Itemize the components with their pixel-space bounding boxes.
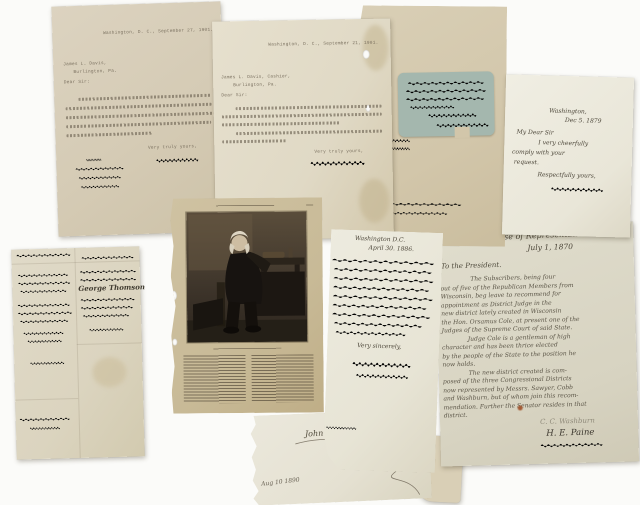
script-line: [16, 252, 70, 258]
script-line: [23, 330, 63, 336]
script-line: [89, 327, 123, 333]
folded-document: George Thomson: [11, 246, 144, 459]
portrait-photo: [186, 211, 307, 342]
script-line: [336, 329, 406, 337]
script-line: [334, 266, 432, 275]
pencil-note-line: [383, 202, 461, 208]
script-line: [334, 320, 422, 329]
signature-scribble: [352, 360, 410, 370]
body-line: request.: [514, 159, 539, 167]
magazine-page: [170, 197, 324, 413]
body-line: comply with your: [512, 149, 565, 157]
body-line: I very cheerfully: [538, 139, 588, 147]
handwritten-note: Washington D.C. April 30. 1886. Very sin…: [323, 229, 443, 473]
script-line: [83, 313, 129, 319]
text-column-left: [183, 355, 245, 404]
recipient-line: Burlington, Pa.: [73, 69, 117, 75]
card-script-line: [406, 87, 486, 94]
docket-line: [30, 425, 60, 431]
photo-caption: [213, 348, 281, 351]
script-line: [332, 311, 430, 320]
date-line: Dec 5. 1879: [565, 117, 602, 125]
salutation: Dear Sir:: [64, 80, 90, 86]
script-line: [333, 284, 429, 293]
script-line: [332, 302, 426, 311]
date-line: April 30. 1886.: [368, 244, 414, 253]
pencil-note-line: [391, 211, 447, 216]
docket-line: [30, 360, 64, 366]
recipient-line: James L. Davis,: [63, 61, 107, 67]
signature-paine: H. E. Paine: [546, 428, 594, 439]
card-signature-scribble: [428, 112, 476, 120]
script-line: [333, 293, 433, 302]
docket-line: [20, 416, 70, 422]
closing: Respectfully yours,: [537, 171, 595, 180]
recipient-line: Burlington, Pa.: [233, 82, 277, 88]
blue-card: [398, 71, 495, 137]
pencil-note-line: [79, 175, 121, 181]
body-line: now holds.: [442, 361, 475, 369]
card-notch: [455, 127, 470, 138]
salutation: Dear Sir:: [221, 93, 247, 98]
closing: Very truly yours,: [148, 144, 197, 151]
signature-scribble: [356, 372, 408, 381]
text-column-right: [251, 354, 313, 403]
body-line: district.: [444, 412, 468, 420]
pencil-note-line: [81, 184, 119, 190]
script-line: [20, 288, 66, 294]
script-line: [18, 272, 68, 278]
place-line: Washington,: [549, 107, 587, 115]
closing: Very truly yours,: [314, 149, 363, 155]
signature-scribble: [156, 156, 198, 164]
pencil-note-line: [75, 166, 123, 173]
photo-of-document-lot: House of Representatives July 1, 1870 To…: [0, 0, 640, 505]
signature-scribble: [311, 159, 365, 168]
small-letter-right: Washington, Dec 5. 1879 My Dear Sir I ve…: [502, 74, 634, 237]
script-line: [81, 297, 135, 303]
letter-salutation: To the President.: [441, 261, 502, 271]
script-line: [18, 310, 72, 316]
card-script-line: [410, 104, 454, 111]
card-script-line: [408, 79, 484, 86]
script-line: [333, 275, 433, 284]
signature-thomson: George Thomson: [78, 282, 145, 293]
signature-washburn: C. C. Washburn: [540, 417, 595, 426]
script-line: [28, 338, 62, 344]
page-number: [306, 204, 313, 206]
letter-date: July 1, 1870: [527, 242, 573, 252]
salutation: My Dear Sir: [517, 129, 554, 137]
pencil-note-line: [86, 157, 101, 162]
closing: Very sincerely,: [357, 342, 401, 351]
place-line: Washington D.C.: [355, 235, 406, 244]
signature-scribble: [541, 441, 603, 449]
card-script-line: [406, 95, 484, 102]
script-line: [80, 268, 136, 274]
page-header-text: [216, 205, 274, 208]
body-line: by the people of the State to the positi…: [442, 349, 576, 359]
red-spot: [518, 405, 523, 410]
script-line: [81, 305, 133, 311]
script-line: [20, 318, 68, 324]
dateline: Washington, D. C., September 27, 1901.: [103, 28, 213, 36]
script-line: [18, 302, 70, 308]
signature-scribble: [551, 186, 603, 194]
house-letter: House of Representatives July 1, 1870 To…: [435, 221, 639, 466]
pencil-note-line: [326, 425, 356, 431]
recipient-line: James L. Davis, Cashier,: [221, 74, 291, 80]
script-line: [332, 257, 434, 267]
script-line: [18, 280, 70, 286]
